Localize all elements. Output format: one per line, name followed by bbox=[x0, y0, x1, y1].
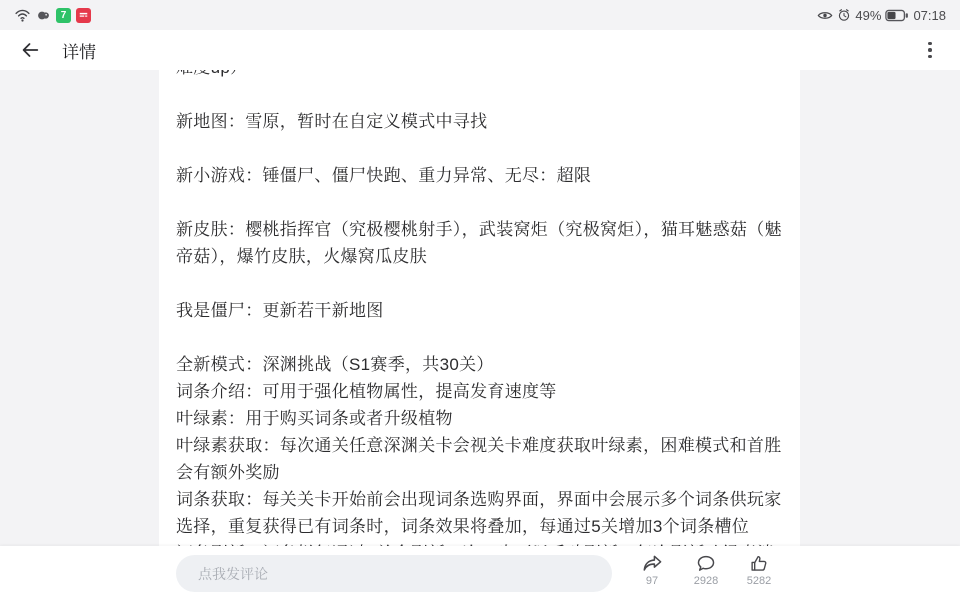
article-paragraph: 新地图：雪原，暂时在自定义模式中寻找 bbox=[176, 108, 783, 135]
page-title: 详情 bbox=[62, 38, 96, 63]
share-icon bbox=[641, 553, 664, 574]
battery-percent-label: 49% bbox=[855, 8, 881, 23]
more-menu-button[interactable] bbox=[916, 36, 944, 64]
status-icons-right: 49% 07:18 bbox=[817, 8, 946, 23]
share-button[interactable]: 97 bbox=[629, 553, 675, 587]
article-paragraph: 新小游戏：锤僵尸、僵尸快跑、重力异常、无尽：超限 bbox=[176, 162, 783, 189]
green-app-chip-7-icon: 7 bbox=[56, 8, 71, 23]
kebab-dot bbox=[928, 42, 932, 46]
comment-count: 2928 bbox=[694, 575, 718, 587]
wifi-icon bbox=[14, 8, 31, 23]
article-paragraph: 新皮肤：樱桃指挥官（究极樱桃射手），武装窝炬（究极窝炬），猫耳魅惑菇（魅帝菇），… bbox=[176, 216, 783, 270]
article-line: 词条介绍：可用于强化植物属性，提高发育速度等 bbox=[176, 378, 783, 405]
like-count: 5282 bbox=[747, 575, 771, 587]
article-paragraph: 我是僵尸：更新若干新地图 bbox=[176, 297, 783, 324]
eye-protection-icon bbox=[817, 9, 833, 22]
clock-label: 07:18 bbox=[913, 8, 946, 23]
like-button[interactable]: 5282 bbox=[736, 553, 782, 587]
article-line: 叶绿素获取：每次通关任意深渊关卡会视关卡难度获取叶绿素，困难模式和首胜会有额外奖… bbox=[176, 432, 783, 486]
battery-icon bbox=[885, 9, 909, 22]
comment-bar: 97 2928 5282 bbox=[0, 546, 960, 600]
kebab-dot bbox=[928, 48, 932, 52]
alarm-icon bbox=[837, 8, 851, 22]
thumbs-up-icon bbox=[748, 553, 770, 574]
article-paragraph-group: 全新模式：深渊挑战（S1赛季，共30关） 词条介绍：可用于强化植物属性，提高发育… bbox=[176, 351, 783, 546]
app-screen: 7 bbox=[0, 0, 960, 600]
comment-input[interactable] bbox=[176, 555, 612, 592]
phone-service-icon bbox=[36, 8, 51, 23]
comment-button[interactable]: 2928 bbox=[683, 553, 729, 587]
clipped-text-line: 难度up） bbox=[176, 70, 783, 81]
article-line: 词条获取：每关关卡开始前会出现词条选购界面，界面中会展示多个词条供玩家选择，重复… bbox=[176, 486, 783, 540]
article-line: 全新模式：深渊挑战（S1赛季，共30关） bbox=[176, 351, 783, 378]
kebab-dot bbox=[928, 55, 932, 59]
nav-bar: 详情 bbox=[0, 30, 960, 70]
red-app-chip-icon bbox=[76, 8, 91, 23]
article-scroll-region[interactable]: 难度up） 新地图：雪原，暂时在自定义模式中寻找 新小游戏：锤僵尸、僵尸快跑、重… bbox=[159, 70, 800, 546]
back-button[interactable] bbox=[16, 36, 44, 64]
share-count: 97 bbox=[646, 575, 658, 587]
status-bar: 7 bbox=[0, 0, 960, 30]
content-area: 难度up） 新地图：雪原，暂时在自定义模式中寻找 新小游戏：锤僵尸、僵尸快跑、重… bbox=[0, 70, 960, 546]
comment-bubble-icon bbox=[695, 553, 717, 574]
article-line: 叶绿素：用于购买词条或者升级植物 bbox=[176, 405, 783, 432]
status-icons-left: 7 bbox=[14, 8, 91, 23]
